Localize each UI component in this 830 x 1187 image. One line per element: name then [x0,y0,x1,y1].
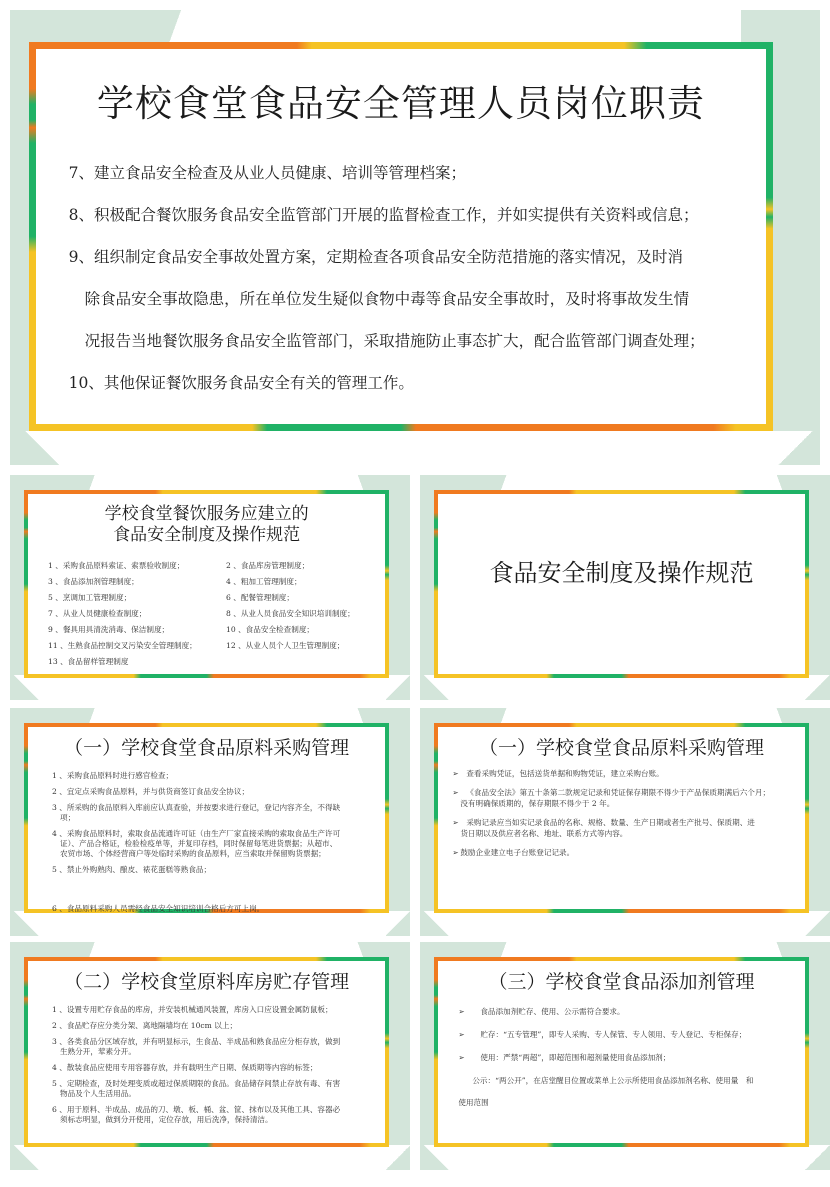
frame-right [385,723,389,913]
bullet-item-continued: 没有明确保质期的，保存期限不得少于 2 年。 [452,799,794,809]
system-item: 8 、从业人员食品安全知识培训制度； [226,608,385,619]
slide-title: 学校食堂食品安全管理人员岗位职责 [36,73,766,127]
decor-bg-right [386,942,410,1170]
system-grid: 1 、采购食品原料索证、索票验收制度； 2 、食品库房管理制度； 3 、食品添加… [28,560,385,667]
arrow-bullet-icon: ➢ [458,1053,480,1063]
decor-bg-right [386,475,410,700]
system-item: 7 、从业人员健康检查制度； [48,608,226,619]
duty-list: 7、建立食品安全检查及从业人员健康、培训等管理档案； 8、积极配合餐饮服务食品安… [36,163,766,393]
list-item-continued: 项； [52,813,371,823]
duty-item: 7、建立食品安全检查及从业人员健康、培训等管理档案； [69,163,752,183]
system-item: 4 、粗加工管理制度； [226,576,385,587]
colored-frame: （一）学校食堂食品原料采购管理 1 、采购食品原料时进行感官检查； 2 、宜定点… [24,723,389,913]
colored-frame: 食品安全制度及操作规范 [434,490,808,678]
decor-bg-bottom [420,1145,830,1170]
decor-bg-right [805,475,830,700]
slide-title: （二）学校食堂原料库房贮存管理 [28,971,385,993]
list-item-continued: 须标志明显，做到分开使用，定位存放，用后洗净，保持清洁。 [52,1115,371,1125]
list-item-continued: 证）、产品合格证，检验检疫单等，并复印存档，同时保留每笔进货票据；从超市、 [52,839,371,849]
bullet-item: ➢《食品安全法》第五十条第二款规定记录和凭证保存期限不得少于产品保质期满后六个月… [452,788,794,798]
decor-bg-bottom-left [10,911,42,936]
list-item-publicity: 公示：“两公开”，在店堂醒目位置或菜单上公示所使用食品添加剂名称、使用量 和 [458,1076,794,1086]
list-item-continued: 生熟分开，荤素分开。 [52,1047,371,1057]
slide-title: （一）学校食堂食品原料采购管理 [28,737,385,759]
list-item-continued: 农贸市场、个体经营商户等处临时采购的食品原料，应当索取并保留购货票据； [52,849,371,859]
list-item: 2 、宜定点采购食品原料，并与供货商签订食品安全协议； [52,787,371,797]
decor-bg-right [805,708,830,936]
bullet-item: ➢使用：严禁“两超”，即超范围和超剂量使用食品添加剂； [458,1053,794,1063]
frame-bottom [434,674,808,678]
decor-bg-bottom [10,911,410,936]
duty-item: 8、积极配合餐饮服务食品安全监管部门开展的监督检查工作，并如实提供有关资料或信息… [69,205,752,225]
duty-item-continued: 况报告当地餐饮服务食品安全监管部门，采取措施防止事态扩大，配合监管部门调查处理； [69,331,752,351]
bullet-item: ➢贮存：“五专管理”，即专人采购、专人保管、专人领用、专人登记、专柜保存； [458,1030,794,1040]
list-item: 3 、各类食品分区域存放，并有明显标示，生食品、半成品和熟食品应分柜存放，做到 [52,1037,371,1047]
slide-title: 学校食堂餐饮服务应建立的 食品安全制度及操作规范 [28,504,385,546]
list-item-overlapping: 6 、食品原料采购人员需经食品安全知识培训合格后方可上岗。 [52,903,264,914]
list-item-continued: 物品及个人生活用品。 [52,1089,371,1099]
decor-bg-bottom [10,1145,410,1170]
frame-right [805,490,809,678]
duty-item: 10、其他保证餐饮服务食品安全有关的管理工作。 [69,373,752,393]
slide-procurement-numbered: （一）学校食堂食品原料采购管理 1 、采购食品原料时进行感官检查； 2 、宜定点… [10,708,410,936]
arrow-bullet-icon: ➢ [458,1030,480,1040]
bullet-item-continued: 货日期以及供应者名称、地址、联系方式等内容。 [452,829,794,839]
storage-list: 1 、设置专用贮存食品的库房，并安装机械通风装置，库房入口应设置金属防鼠板； 2… [28,993,385,1125]
list-item: 5 、禁止外购熟肉、酿皮、裱花蛋糕等熟食品； [52,865,371,875]
list-item: 2 、食品贮存应分类分架、离地隔墙均在 10cm 以上； [52,1021,371,1031]
slide-title: （一）学校食堂食品原料采购管理 [438,737,804,759]
frame-right [385,490,389,678]
system-item: 12 、从业人员个人卫生管理制度； [226,640,385,651]
frame-right [805,957,809,1147]
frame-right [766,42,773,431]
list-item: 3 、所采购的食品原料入库前应认真查验，并按要求进行登记，登记内容齐全，不得缺 [52,803,371,813]
arrow-bullet-icon: ➢ [458,1007,480,1017]
slide-section-title: 食品安全制度及操作规范 [420,475,830,700]
list-item: 4 、散装食品应使用专用容器存放，并有载明生产日期、保质期等内容的标签； [52,1063,371,1073]
list-item: 4 、采购食品原料时，索取食品流通许可证（由生产厂家直接采购的索取食品生产许可 [52,829,371,839]
colored-frame: 学校食堂食品安全管理人员岗位职责 7、建立食品安全检查及从业人员健康、培训等管理… [29,42,773,431]
arrow-bullet-icon: ➢ [452,769,466,779]
system-item: 10 、食品安全检查制度； [226,624,385,635]
slide-system-list: 学校食堂餐饮服务应建立的 食品安全制度及操作规范 1 、采购食品原料索证、索票验… [10,475,410,700]
frame-bottom [434,909,808,913]
decor-bg-bottom-left [420,1145,453,1170]
title-line-2: 食品安全制度及操作规范 [113,525,300,545]
slide-procurement-bullets: （一）学校食堂食品原料采购管理 ➢查看采购凭证，包括送货单据和购物凭证，建立采购… [420,708,830,936]
slide-title: （三）学校食堂食品添加剂管理 [438,971,804,993]
title-line-1: 学校食堂餐饮服务应建立的 [105,504,309,524]
system-item: 2 、食品库房管理制度； [226,560,385,571]
list-item: 1 、设置专用贮存食品的库房，并安装机械通风装置，库房入口应设置金属防鼠板； [52,1005,371,1015]
decor-bg-bottom-right [386,675,410,700]
list-item: 1 、采购食品原料时进行感官检查； [52,771,371,781]
decor-bg-right [771,10,820,465]
colored-frame: （二）学校食堂原料库房贮存管理 1 、设置专用贮存食品的库房，并安装机械通风装置… [24,957,389,1147]
colored-frame: （三）学校食堂食品添加剂管理 ➢食品添加剂贮存、使用、公示需符合要求。 ➢贮存：… [434,957,808,1147]
frame-bottom [24,674,389,678]
list-item: 5 、定期检查，及时处理变质或超过保质期限的食品。食品储存间禁止存放有毒、有害 [52,1079,371,1089]
decor-bg-bottom-right [805,675,830,700]
slide-additives: （三）学校食堂食品添加剂管理 ➢食品添加剂贮存、使用、公示需符合要求。 ➢贮存：… [420,942,830,1170]
decor-bg-bottom-right [805,911,830,936]
system-item: 9 、餐具用具清洗消毒、保洁制度； [48,624,226,635]
arrow-bullet-icon: ➢ [452,818,466,828]
frame-top [29,42,773,49]
system-item: 11 、生熟食品控制交叉污染安全管理制度； [48,640,226,651]
list-item: 6 、用于原料、半成品、成品的刀、墩、板、桶、盆、筐、抹布以及其他工具、容器必 [52,1105,371,1115]
bullet-item: ➢食品添加剂贮存、使用、公示需符合要求。 [458,1007,794,1017]
decor-bg-bottom-left [10,1145,42,1170]
decor-bg-bottom-left [10,675,42,700]
slide-storage: （二）学校食堂原料库房贮存管理 1 、设置专用贮存食品的库房，并安装机械通风装置… [10,942,410,1170]
decor-bg-bottom-left [420,675,453,700]
decor-bg-right [805,942,830,1170]
bullet-item: ➢鼓励企业建立电子台账登记记录。 [452,848,794,858]
decor-bg-bottom-right [805,1145,830,1170]
decor-bg-bottom [10,431,820,465]
decor-bg-bottom-right [386,1145,410,1170]
frame-right [385,957,389,1147]
decor-bg-bottom-left [10,431,75,465]
decor-bg-bottom-left [420,911,453,936]
system-item: 6 、配餐管理制度； [226,592,385,603]
decor-bg-bottom [10,675,410,700]
decor-bg-bottom [420,911,830,936]
bullet-item: ➢查看采购凭证，包括送货单据和购物凭证，建立采购台账。 [452,769,794,779]
colored-frame: （一）学校食堂食品原料采购管理 ➢查看采购凭证，包括送货单据和购物凭证，建立采购… [434,723,808,913]
additive-list: ➢食品添加剂贮存、使用、公示需符合要求。 ➢贮存：“五专管理”，即专人采购、专人… [438,993,804,1108]
decor-bg-bottom-right [771,431,820,465]
slide-manager-duties: 学校食堂食品安全管理人员岗位职责 7、建立食品安全检查及从业人员健康、培训等管理… [10,10,820,465]
list-item-continued: 使用范围 [458,1098,794,1108]
bullet-item: ➢采购记录应当如实记录食品的名称、规格、数量、生产日期或者生产批号、保质期、进 [452,818,794,828]
system-item: 13 、食品留样管理制度 [48,656,226,667]
duty-item: 9、组织制定食品安全事故处置方案，定期检查各项食品安全防范措施的落实情况，及时消 [69,247,752,267]
system-item: 5 、烹调加工管理制度； [48,592,226,603]
system-item: 3 、食品添加剂管理制度； [48,576,226,587]
frame-bottom [434,1143,808,1147]
procurement-bullet-list: ➢查看采购凭证，包括送货单据和购物凭证，建立采购台账。 ➢《食品安全法》第五十条… [438,759,804,858]
colored-frame: 学校食堂餐饮服务应建立的 食品安全制度及操作规范 1 、采购食品原料索证、索票验… [24,490,389,678]
decor-bg-bottom-right [386,911,410,936]
frame-right [805,723,809,913]
arrow-bullet-icon: ➢ [452,788,466,798]
frame-bottom [24,1143,389,1147]
decor-bg-bottom [420,675,830,700]
procurement-list: 1 、采购食品原料时进行感官检查； 2 、宜定点采购食品原料，并与供货商签订食品… [28,759,385,875]
slide-title: 食品安全制度及操作规范 [438,562,804,584]
frame-bottom [29,424,773,431]
frame-left [29,42,36,431]
duty-item-continued: 除食品安全事故隐患，所在单位发生疑似食物中毒等食品安全事故时，及时将事故发生情 [69,289,752,309]
system-item: 1 、采购食品原料索证、索票验收制度； [48,560,226,571]
decor-bg-right [386,708,410,936]
